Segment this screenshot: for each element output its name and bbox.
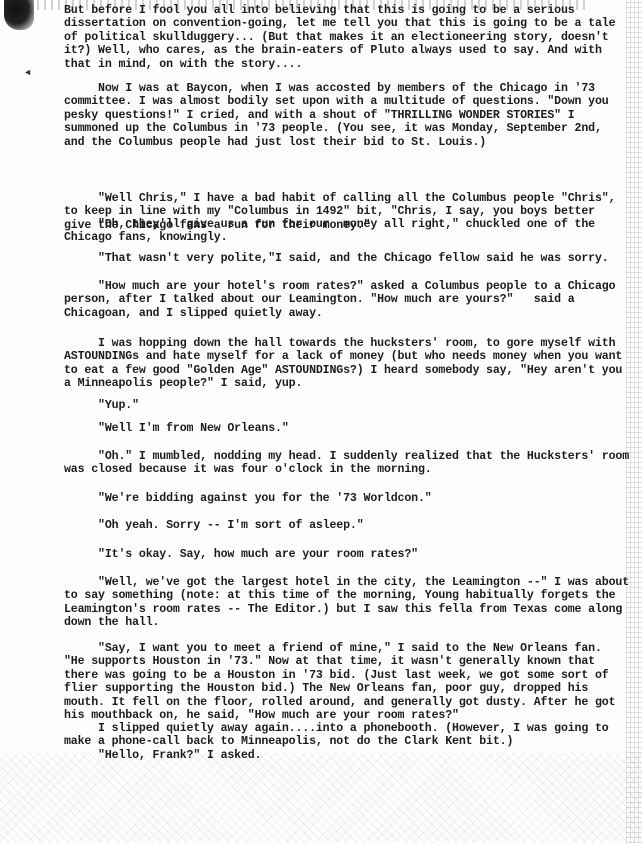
paragraph: "Hello, Frank?" I asked.	[64, 749, 261, 762]
text-line: "Well I'm from New Orleans."	[64, 422, 289, 435]
text-line: But before I fool you all into believing…	[64, 4, 615, 17]
text-line: mouth. It fell on the floor, rolled arou…	[64, 696, 615, 709]
paragraph: I was hopping down the hall towards the …	[64, 337, 622, 391]
text-line: to say something (note: at this time of …	[64, 589, 629, 602]
text-line: Chicago fans, knowingly.	[64, 231, 595, 244]
text-line: make a phone-call back to Minneapolis, n…	[64, 735, 609, 748]
scan-noise-bottom	[0, 753, 642, 843]
text-line: that in mind, on with the story....	[64, 58, 615, 71]
text-line: "How much are your hotel's room rates?" …	[64, 280, 615, 293]
stray-mark: ◄	[25, 68, 30, 78]
text-line: "Hello, Frank?" I asked.	[64, 749, 261, 762]
text-line: "Oh, they'll give us a run for our money…	[64, 218, 595, 231]
paragraph: "How much are your hotel's room rates?" …	[64, 280, 615, 320]
paragraph: Now I was at Baycon, when I was accosted…	[64, 82, 609, 149]
text-line: summoned up the Columbus in '73 people. …	[64, 122, 609, 135]
text-line: "We're bidding against you for the '73 W…	[64, 492, 432, 505]
text-line: "Oh." I mumbled, nodding my head. I sudd…	[64, 450, 629, 463]
text-line: "Well, we've got the largest hotel in th…	[64, 576, 629, 589]
text-line: committee. I was almost bodily set upon …	[64, 95, 609, 108]
text-line: and the Columbus people had just lost th…	[64, 136, 609, 149]
text-line: Now I was at Baycon, when I was accosted…	[64, 82, 609, 95]
text-line: "Yup."	[64, 399, 139, 412]
text-line: pesky questions!" I cried, and with a sh…	[64, 109, 609, 122]
text-line: "Well Chris," I have a bad habit of call…	[64, 192, 615, 205]
text-line: to keep in line with my "Columbus in 149…	[64, 205, 615, 218]
paragraph: "Oh yeah. Sorry -- I'm sort of asleep."	[64, 519, 364, 532]
paragraph: "Oh, they'll give us a run for our money…	[64, 218, 595, 245]
text-line: "It's okay. Say, how much are your room …	[64, 548, 418, 561]
text-line: a Minneapolis people?" I said, yup.	[64, 377, 622, 390]
paragraph: "Yup."	[64, 399, 139, 412]
paragraph: "It's okay. Say, how much are your room …	[64, 548, 418, 561]
text-line: of political skullduggery... (But that m…	[64, 31, 615, 44]
text-line: "That wasn't very polite,"I said, and th…	[64, 252, 609, 265]
paragraph: "Well, we've got the largest hotel in th…	[64, 576, 629, 630]
text-line: "Oh yeah. Sorry -- I'm sort of asleep."	[64, 519, 364, 532]
text-line: dissertation on convention-going, let me…	[64, 17, 615, 30]
text-line: Chicagoan, and I slipped quietly away.	[64, 307, 615, 320]
text-line: there was going to be a Houston in '73 b…	[64, 669, 615, 682]
text-line: flier supporting the Houston bid.) The N…	[64, 682, 615, 695]
text-line: to eat a few good "Golden Age" ASTOUNDIN…	[64, 364, 622, 377]
paragraph: "We're bidding against you for the '73 W…	[64, 492, 432, 505]
text-line: down the hall.	[64, 616, 629, 629]
paragraph: "That wasn't very polite,"I said, and th…	[64, 252, 609, 265]
text-line: Leamington's room rates -- The Editor.) …	[64, 603, 629, 616]
scan-noise-edge	[626, 0, 642, 843]
text-line: "Say, I want you to meet a friend of min…	[64, 642, 615, 655]
text-line: his mouthback on, he said, "How much are…	[64, 709, 615, 722]
paragraph: I slipped quietly away again....into a p…	[64, 722, 609, 749]
text-line: was closed because it was four o'clock i…	[64, 463, 629, 476]
text-line: person, after I talked about our Leaming…	[64, 293, 615, 306]
text-line: "He supports Houston in '73." Now at tha…	[64, 655, 615, 668]
paragraph: "Say, I want you to meet a friend of min…	[64, 642, 615, 722]
text-line: ASTOUNDINGs and hate myself for a lack o…	[64, 350, 622, 363]
text-line: I slipped quietly away again....into a p…	[64, 722, 609, 735]
paragraph: But before I fool you all into believing…	[64, 4, 615, 71]
scanned-page: ◄ But before I fool you all into believi…	[0, 0, 642, 843]
text-line: it?) Well, who cares, as the brain-eater…	[64, 44, 615, 57]
paragraph: "Well I'm from New Orleans."	[64, 422, 289, 435]
text-line: I was hopping down the hall towards the …	[64, 337, 622, 350]
paragraph: "Oh." I mumbled, nodding my head. I sudd…	[64, 450, 629, 477]
